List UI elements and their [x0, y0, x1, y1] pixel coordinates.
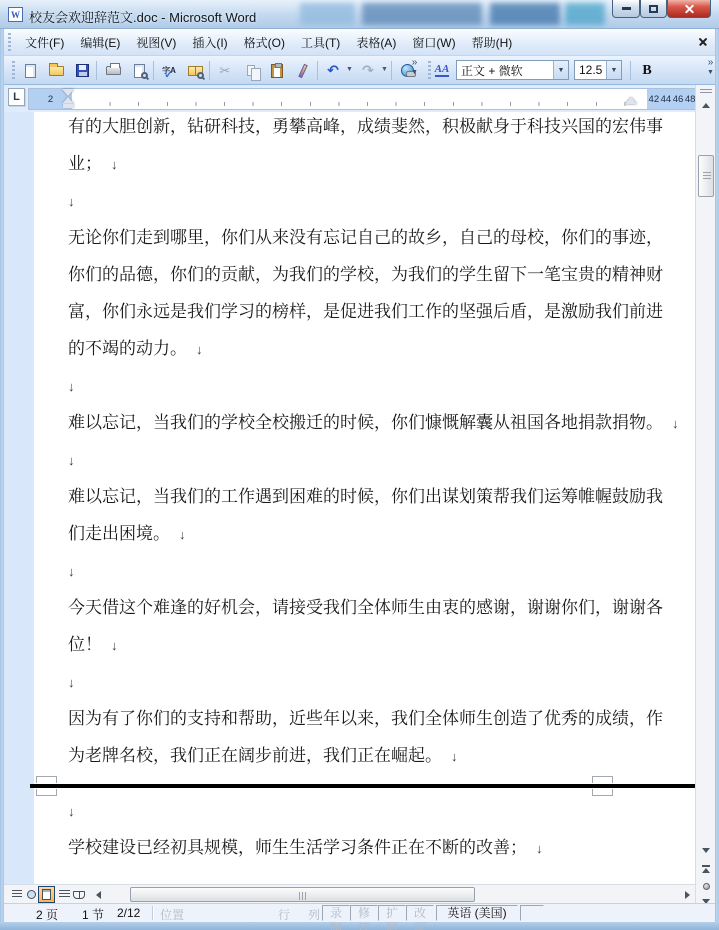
paragraph-mark: ↓ [68, 453, 75, 468]
line-text: 你们的品德，你们的贡献，为我们的学校，为我们的学生留下一笔宝贵的精神财 [68, 256, 663, 293]
menu-item[interactable]: 帮助(H) [464, 30, 521, 55]
scroll-right-button[interactable] [681, 887, 693, 902]
paragraph-mark: ↓ [451, 749, 458, 764]
document-line: 难以忘记，当我们的学校全校搬迁的时候，你们慷慨解囊从祖国各地捐款捐物。↓ [68, 404, 668, 441]
bold-button[interactable]: B [635, 59, 659, 82]
document-line: 为老牌名校，我们正在阔步前进，我们正在崛起。↓ [68, 737, 668, 774]
page-number-status: 2 页 [36, 906, 58, 923]
paragraph-mark: ↓ [111, 157, 118, 172]
bold-icon: B [642, 63, 651, 79]
ruler-number: 2 [47, 94, 55, 105]
document-line: ↓ [68, 663, 668, 700]
glass-reflection [300, 3, 355, 25]
toolbar-options-button[interactable]: »▼ [408, 58, 421, 83]
document-line: 有的大胆创新，钻研科技，勇攀高峰，成绩斐然，积极献身于科技兴国的宏伟事 [68, 112, 668, 145]
font-size-value: 12.5 [575, 63, 606, 77]
line-text: 有的大胆创新，钻研科技，勇攀高峰，成绩斐然，积极献身于科技兴国的宏伟事 [68, 112, 663, 145]
tab-selector-button[interactable]: L [8, 88, 25, 106]
macro-record-toggle[interactable]: 录制 [322, 905, 350, 921]
maximize-icon [649, 5, 658, 13]
open-button[interactable] [44, 59, 68, 82]
toolbar-drag-handle-icon[interactable] [12, 61, 15, 79]
menu-drag-handle-icon[interactable] [8, 33, 11, 51]
toolbar-separator [391, 61, 392, 80]
styles-formatting-button[interactable]: AA [430, 59, 454, 82]
undo-icon: ↶ [327, 62, 339, 79]
right-indent-marker[interactable] [625, 97, 637, 104]
toolbar: 字A ✂ ↶ ▼ ↷ ▼ »▼ AA 正文 + 微软 ▼ 12.5 ▼ [4, 56, 715, 85]
chevron-right-icon: » [708, 58, 714, 68]
document-line: ↓ [68, 182, 668, 219]
document-line: 难以忘记，当我们的工作遇到困难的时候，你们出谋划策帮我们运筹帷幄鼓励我 [68, 478, 668, 515]
toolbar-separator [209, 61, 210, 80]
outline-view-button[interactable] [57, 887, 71, 902]
language-status[interactable]: 英语 (美国) [436, 905, 518, 921]
redo-button[interactable]: ↷ [356, 59, 380, 82]
document-line: 位！↓ [68, 626, 668, 663]
glass-reflection [362, 3, 482, 25]
paragraph-mark: ↓ [68, 804, 75, 819]
status-bar: 2 页 1 节 2/12 位置 行 列 录制 修订 扩展 改写 英语 (美国) [4, 903, 715, 922]
print-preview-button[interactable] [127, 59, 151, 82]
line-text: 富，你们永远是我们学习的榜样，是促进我们工作的坚强后盾，是激励我们前进 [68, 293, 663, 330]
magnifier-icon [197, 72, 204, 79]
menu-item[interactable]: 表格(A) [348, 30, 404, 55]
word-window: W 校友会欢迎辞范文.doc - Microsoft Word 文件(F)编辑(… [0, 0, 719, 930]
statusbar-divider [152, 906, 153, 920]
chevron-down-icon: ▼ [411, 68, 418, 78]
arrow-left-icon [96, 891, 101, 899]
browse-object-icon [703, 883, 710, 890]
previous-page-button[interactable] [697, 861, 715, 877]
document-line: 今天借这个难逢的好机会，请接受我们全体师生由衷的感谢，谢谢你们，谢谢各 [68, 589, 668, 626]
menu-item[interactable]: 工具(T) [293, 30, 348, 55]
web-layout-icon [27, 890, 36, 899]
paragraph-mark: ↓ [179, 527, 186, 542]
line-text: 无论你们走到哪里，你们从来没有忘记自己的故乡，自己的母校，你们的事迹， [68, 219, 663, 256]
menu-item[interactable]: 插入(I) [184, 30, 235, 55]
minimize-button[interactable] [612, 0, 640, 18]
document-line: 富，你们永远是我们学习的榜样，是促进我们工作的坚强后盾，是激励我们前进 [68, 293, 668, 330]
line-text: 位！ [68, 626, 102, 663]
open-folder-icon [49, 66, 64, 76]
document-line: 业；↓ [68, 145, 668, 182]
outline-view-icon [59, 890, 70, 899]
paragraph-mark: ↓ [68, 379, 75, 394]
page-of-total-status: 2/12 [117, 906, 140, 920]
paste-icon [271, 64, 283, 78]
page-break-line [30, 784, 695, 788]
chevron-down-icon[interactable]: ▼ [553, 61, 568, 79]
menu-item[interactable]: 编辑(E) [72, 30, 128, 55]
scroll-down-button[interactable] [697, 843, 715, 857]
styles-formatting-icon: AA [435, 64, 450, 77]
line-text: 学校建设已经初具规模，师生生活学习条件正在不断的改善； [68, 829, 527, 866]
toolbar-separator [96, 61, 97, 80]
line-text: 们走出困境。 [68, 515, 170, 552]
chevron-down-icon: ▼ [707, 68, 714, 78]
page-margin-mark [36, 789, 57, 796]
magnifier-icon [141, 72, 148, 79]
ruler-number: 48 [685, 94, 696, 105]
undo-button[interactable]: ↶ [321, 59, 345, 82]
format-painter-icon [298, 63, 308, 77]
glass-reflection [565, 3, 605, 25]
paragraph-mark: ↓ [68, 675, 75, 690]
toolbar-separator [630, 61, 631, 80]
spelling-grammar-button[interactable]: 字A [157, 59, 181, 82]
web-layout-view-button[interactable] [24, 887, 38, 902]
ruler-number: 46 [673, 94, 684, 105]
horizontal-scroll-thumb[interactable] [130, 887, 475, 902]
cut-icon: ✂ [220, 63, 231, 79]
first-line-indent-marker[interactable] [62, 89, 74, 96]
line-text: 难以忘记，当我们的学校全校搬迁的时候，你们慷慨解囊从祖国各地捐款捐物。 [68, 404, 663, 441]
ruler-ticks [82, 102, 647, 106]
vertical-scroll-thumb[interactable] [698, 155, 714, 197]
paragraph-mark: ↓ [68, 194, 75, 209]
thumb-grip-icon [703, 172, 711, 180]
paragraph-mark: ↓ [672, 416, 679, 431]
window-title: 校友会欢迎辞范文.doc - Microsoft Word [29, 7, 256, 26]
paragraph-mark: ↓ [196, 342, 203, 357]
chevron-right-icon: » [412, 58, 418, 68]
menu-item[interactable]: 视图(V) [128, 30, 184, 55]
document-line: ↓ [68, 367, 668, 404]
hanging-indent-marker[interactable] [62, 97, 74, 104]
paste-button[interactable] [265, 59, 289, 82]
line-text: 因为有了你们的支持和帮助，近些年以来，我们全体师生创造了优秀的成绩，作 [68, 700, 663, 737]
document-line: 因为有了你们的支持和帮助，近些年以来，我们全体师生创造了优秀的成绩，作 [68, 700, 668, 737]
font-size-combobox[interactable]: 12.5 ▼ [574, 60, 622, 80]
save-button[interactable] [70, 59, 94, 82]
window-border-right [715, 0, 719, 930]
select-browse-object-button[interactable] [697, 878, 715, 894]
title-bar[interactable]: W 校友会欢迎辞范文.doc - Microsoft Word [0, 0, 719, 29]
reading-layout-view-button[interactable] [72, 887, 86, 902]
print-icon [106, 66, 121, 75]
menu-item[interactable]: 格式(O) [236, 30, 293, 55]
copy-button[interactable] [239, 59, 263, 82]
print-layout-view-button[interactable] [38, 886, 55, 903]
redo-dropdown-arrow-icon[interactable]: ▼ [381, 66, 388, 73]
arrow-right-icon [685, 891, 690, 899]
minimize-icon [622, 7, 631, 10]
scroll-up-button[interactable] [697, 98, 715, 112]
extend-selection-toggle[interactable]: 扩展 [378, 905, 406, 921]
toolbar-options-button[interactable]: »▼ [704, 58, 717, 83]
column-number-label: 列 [308, 906, 320, 923]
thumb-grip-icon [299, 892, 307, 900]
ruler-number: 42 [649, 94, 660, 105]
line-text: 的不竭的动力。 [68, 330, 187, 367]
document-line: 们走出困境。↓ [68, 515, 668, 552]
page-margin-mark [592, 776, 613, 783]
paragraph-mark: ↓ [68, 564, 75, 579]
undo-dropdown-arrow-icon[interactable]: ▼ [346, 66, 353, 73]
reading-layout-icon [73, 891, 85, 899]
menu-item[interactable]: 文件(F) [17, 30, 72, 55]
document-lines-page1: 有的大胆创新，钻研科技，勇攀高峰，成绩斐然，积极献身于科技兴国的宏伟事 业；↓ … [68, 112, 668, 774]
line-text: 业； [68, 145, 102, 182]
arrow-up-icon [702, 103, 710, 108]
research-button[interactable] [183, 59, 207, 82]
glass-reflection [490, 3, 560, 25]
document-line: 你们的品德，你们的贡献，为我们的学校，为我们的学生留下一笔宝贵的精神财 [68, 256, 668, 293]
line-number-label: 行 [278, 906, 290, 923]
close-button[interactable] [667, 0, 711, 18]
maximize-button[interactable] [640, 0, 667, 18]
overtype-toggle[interactable]: 改写 [406, 905, 434, 921]
horizontal-ruler[interactable]: 2 42444648 [28, 88, 698, 110]
page-margin-mark [36, 776, 57, 783]
menu-items: 文件(F)编辑(E)视图(V)插入(I)格式(O)工具(T)表格(A)窗口(W)… [17, 30, 520, 55]
normal-view-icon [12, 890, 22, 899]
document-line: 无论你们走到哪里，你们从来没有忘记自己的故乡，自己的母校，你们的事迹， [68, 219, 668, 256]
paragraph-mark: ↓ [111, 638, 118, 653]
left-indent-marker[interactable] [63, 104, 74, 108]
normal-view-button[interactable] [10, 887, 24, 902]
save-icon [76, 64, 89, 77]
line-text: 今天借这个难逢的好机会，请接受我们全体师生由衷的感谢，谢谢你们，谢谢各 [68, 589, 663, 626]
horizontal-scrollbar[interactable] [4, 884, 695, 903]
scroll-left-button[interactable] [92, 887, 104, 902]
chevron-down-icon[interactable]: ▼ [606, 61, 621, 79]
line-text: 难以忘记，当我们的工作遇到困难的时候，你们出谋划策帮我们运筹帷幄鼓励我 [68, 478, 663, 515]
ruler-band: L 2 42444648 [4, 85, 715, 112]
copy-icon [247, 65, 255, 76]
toolbar-separator [317, 61, 318, 80]
track-changes-toggle[interactable]: 修订 [350, 905, 378, 921]
word-document-icon: W [8, 7, 23, 22]
menu-bar: 文件(F)编辑(E)视图(V)插入(I)格式(O)工具(T)表格(A)窗口(W)… [4, 29, 715, 56]
document-line: ↓ [68, 441, 668, 478]
split-handle-icon [700, 89, 712, 93]
split-window-handle[interactable] [697, 86, 715, 96]
print-layout-icon [42, 889, 51, 900]
new-document-icon [25, 64, 36, 78]
spelling-grammar-icon: 字A [162, 65, 176, 76]
style-combobox[interactable]: 正文 + 微软 ▼ [456, 60, 569, 80]
style-value: 正文 + 微软 [457, 62, 553, 79]
cut-button[interactable]: ✂ [213, 59, 237, 82]
section-number-status: 1 节 [82, 906, 104, 923]
print-button[interactable] [101, 59, 125, 82]
line-text: 为老牌名校，我们正在阔步前进，我们正在崛起。 [68, 737, 442, 774]
document-lines-page2: ↓ 学校建设已经初具规模，师生生活学习条件正在不断的改善；↓ [68, 792, 668, 866]
double-arrow-up-icon [702, 865, 710, 873]
position-label: 位置 [160, 906, 184, 923]
toolbar-separator [153, 61, 154, 80]
format-painter-button[interactable] [291, 59, 315, 82]
ruler-right-margin: 42444648 [647, 89, 697, 109]
redo-icon: ↷ [362, 62, 374, 79]
paragraph-mark: ↓ [536, 841, 543, 856]
ruler-text-area [72, 89, 647, 109]
document-line: ↓ [68, 792, 668, 829]
spellcheck-status-panel [520, 905, 544, 921]
menu-item[interactable]: 窗口(W) [404, 30, 463, 55]
document-line: 学校建设已经初具规模，师生生活学习条件正在不断的改善；↓ [68, 829, 668, 866]
document-line: ↓ [68, 552, 668, 589]
close-document-button[interactable] [698, 36, 710, 48]
document-area: 有的大胆创新，钻研科技，勇攀高峰，成绩斐然，积极献身于科技兴国的宏伟事 业；↓ … [4, 112, 695, 884]
ruler-number: 44 [661, 94, 672, 105]
document-line: 的不竭的动力。↓ [68, 330, 668, 367]
new-document-button[interactable] [18, 59, 42, 82]
arrow-down-icon [702, 848, 710, 853]
vertical-scrollbar[interactable] [695, 85, 715, 903]
